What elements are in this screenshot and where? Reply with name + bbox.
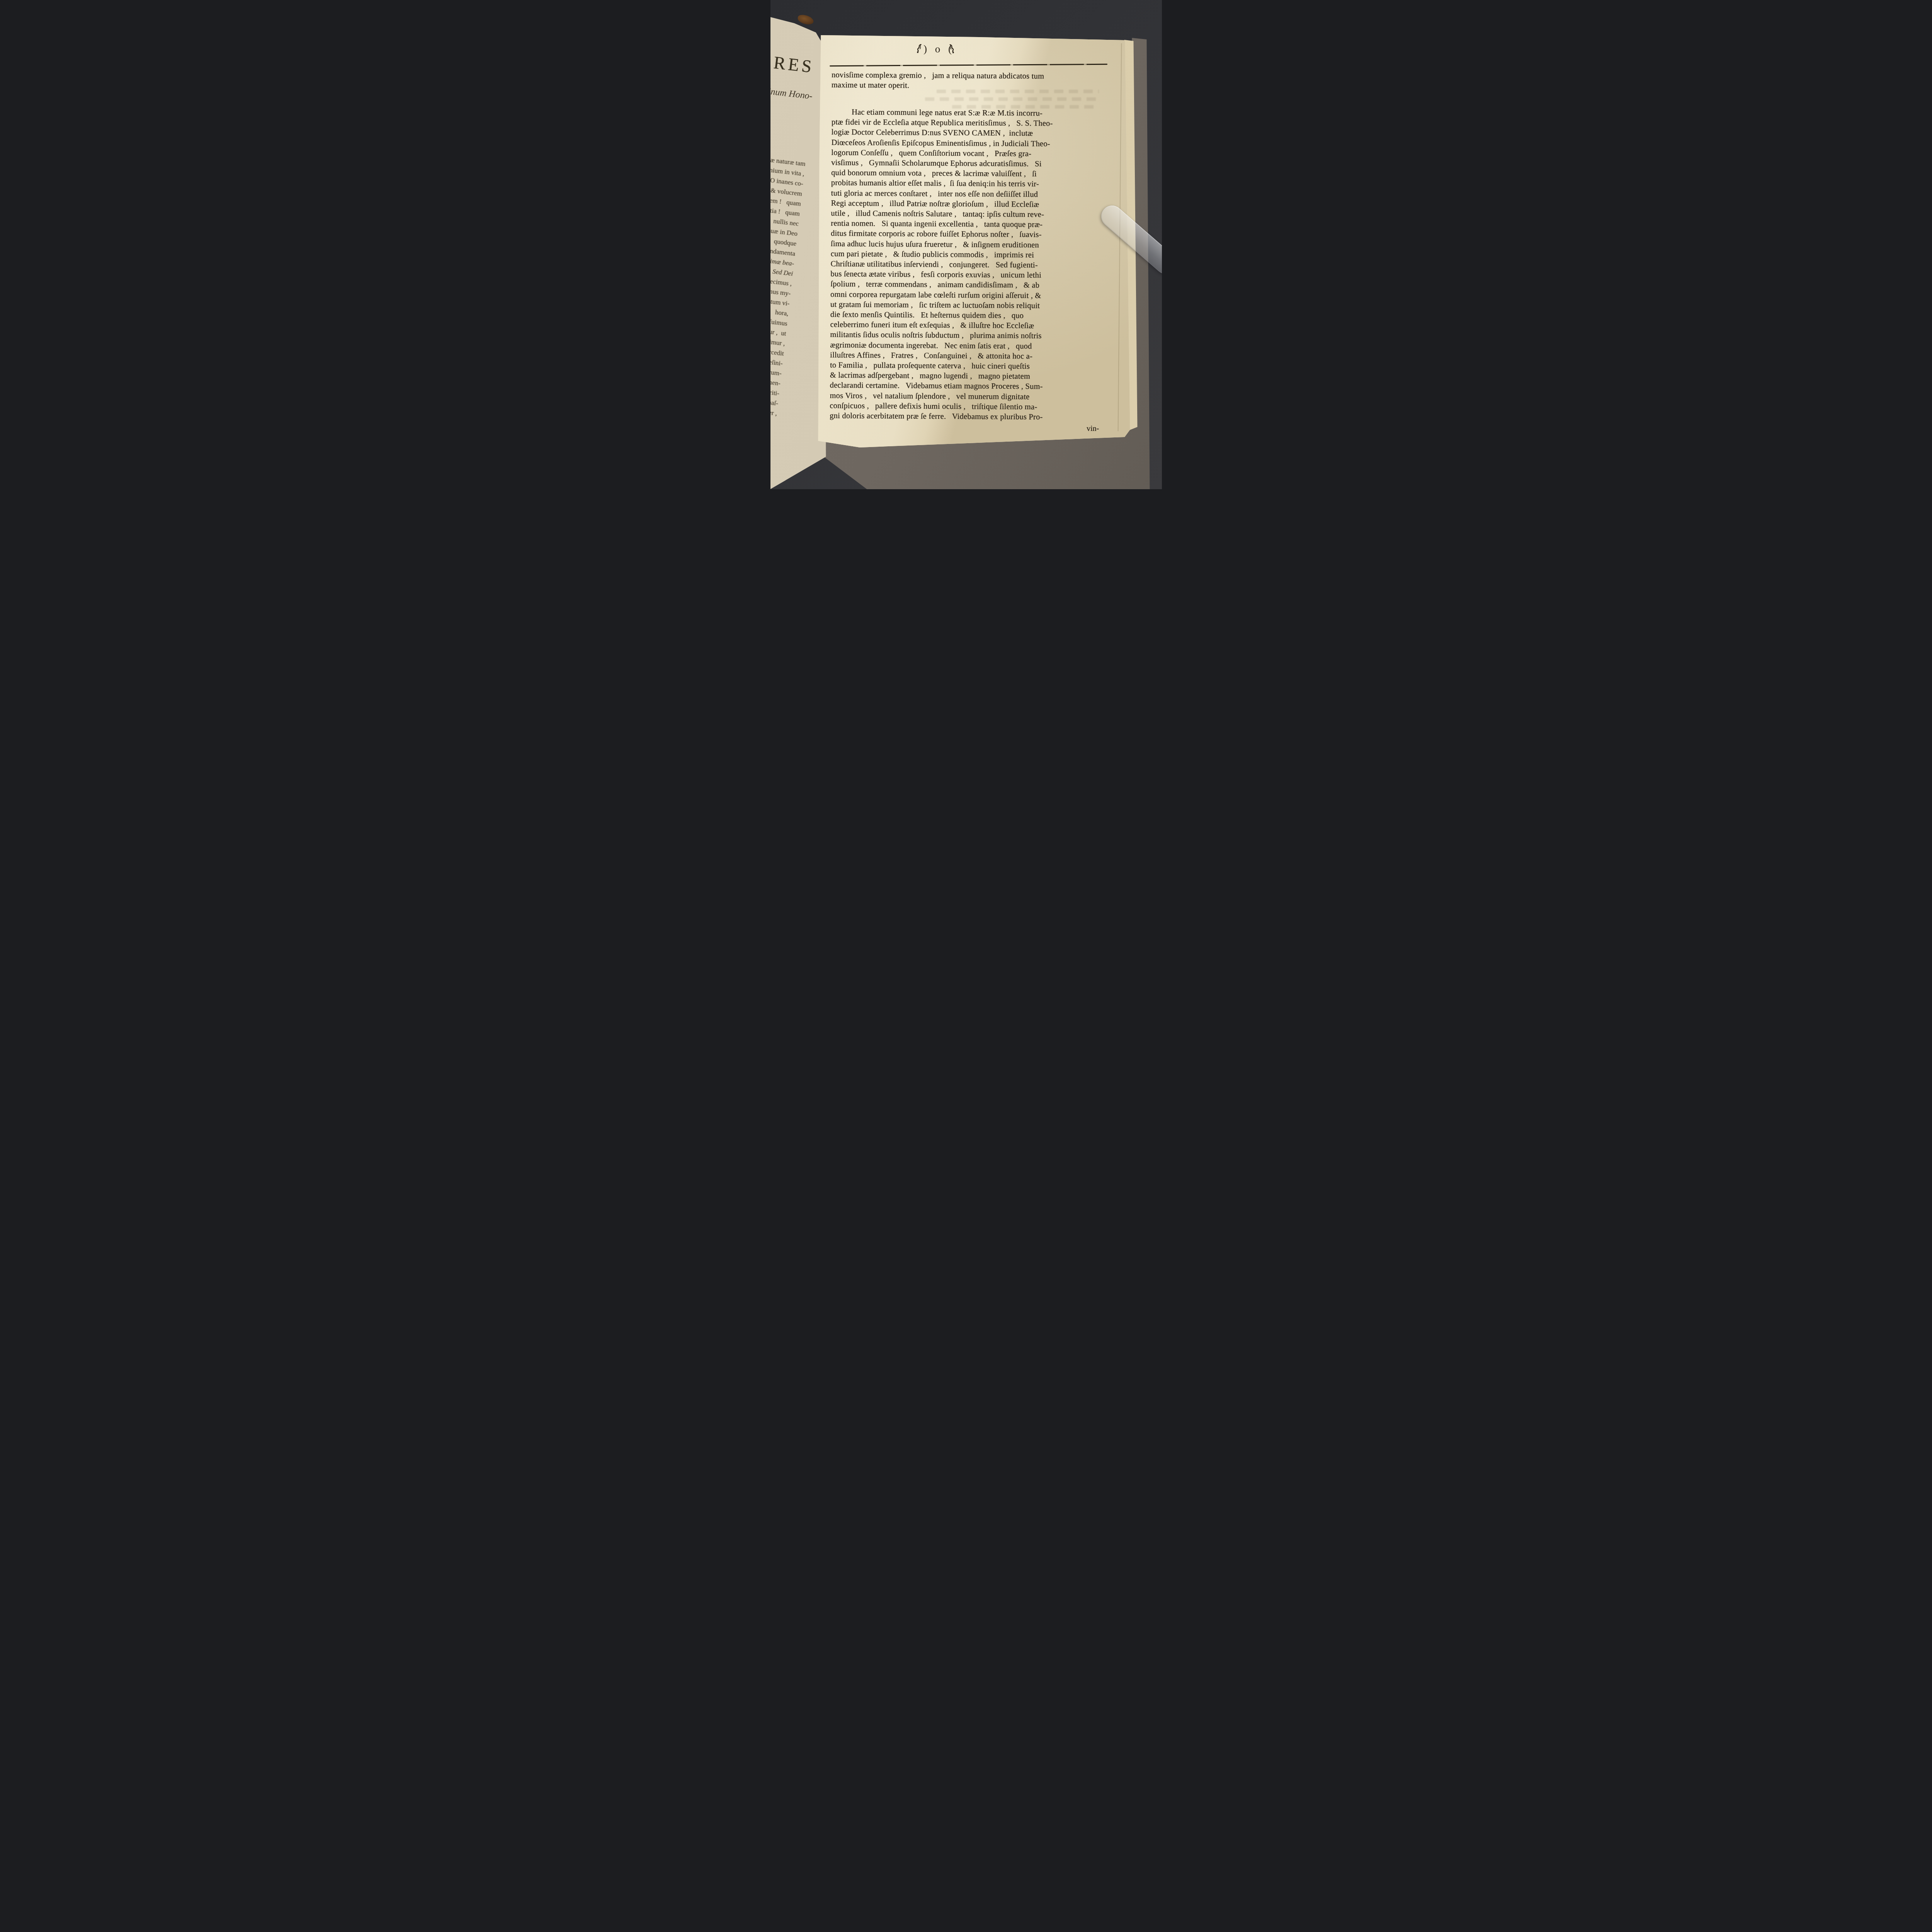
verso-header-rule (1087, 10, 1162, 22)
ink-showthrough (925, 97, 1099, 101)
text-line: ſima adhuc lucis hujus uſura frueretur ,… (830, 239, 1108, 251)
text-line: ditus firmitate corporis ac robore fuiſſ… (830, 228, 1108, 240)
fleuron-ornament-icon (947, 44, 956, 54)
text-line: declarandi certamine. Videbamus etiam ma… (830, 380, 1107, 392)
fleuron-ornament-icon (915, 44, 923, 54)
text-line: militantis ſidus oculis noſtris ſubductu… (830, 330, 1107, 342)
verso-text-column: RES rdinum Hono- manæ naturæ tamdiuturni… (770, 24, 821, 37)
text-line: probitas humanis altior eſſet malis , ſi… (831, 178, 1108, 190)
text-line: maxime ut mater operit. (831, 80, 1109, 92)
recto-page-87: ) o ( 87 novisſime complexa gremio , jam… (770, 0, 1162, 489)
verso-margin-fragments: manæ naturæ tamdiuturnium in vita ,i Ser… (770, 146, 806, 432)
running-header: ) o ( 87 (831, 42, 1107, 61)
main-paragraph: Hac etiam communi lege natus erat S:æ R:… (830, 107, 1109, 423)
text-line: Diœceſeos Aroſienſis Epiſcopus Eminentis… (831, 138, 1109, 150)
header-rule (829, 64, 1107, 67)
verso-title-fragment: RES (772, 52, 815, 77)
catchword: vin- (1086, 424, 1099, 433)
text-line: gni doloris acerbitatem præ ſe ferre. Vi… (830, 411, 1107, 423)
text-line: logiæ Doctor Celeberrimus D:nus SVENO CA… (831, 127, 1109, 139)
text-line: ſpolium , terræ commendans , animam cand… (830, 279, 1108, 291)
book-photograph: RES rdinum Hono- manæ naturæ tamdiuturni… (770, 0, 1162, 489)
torn-leather-spine-bit (796, 14, 814, 26)
opening-paragraph: novisſime complexa gremio , jam a reliqu… (831, 70, 1109, 92)
text-line: tuti gloria ac merces conſtaret , inter … (831, 188, 1108, 200)
verso-subtitle-fragment: rdinum Hono- (770, 85, 813, 102)
